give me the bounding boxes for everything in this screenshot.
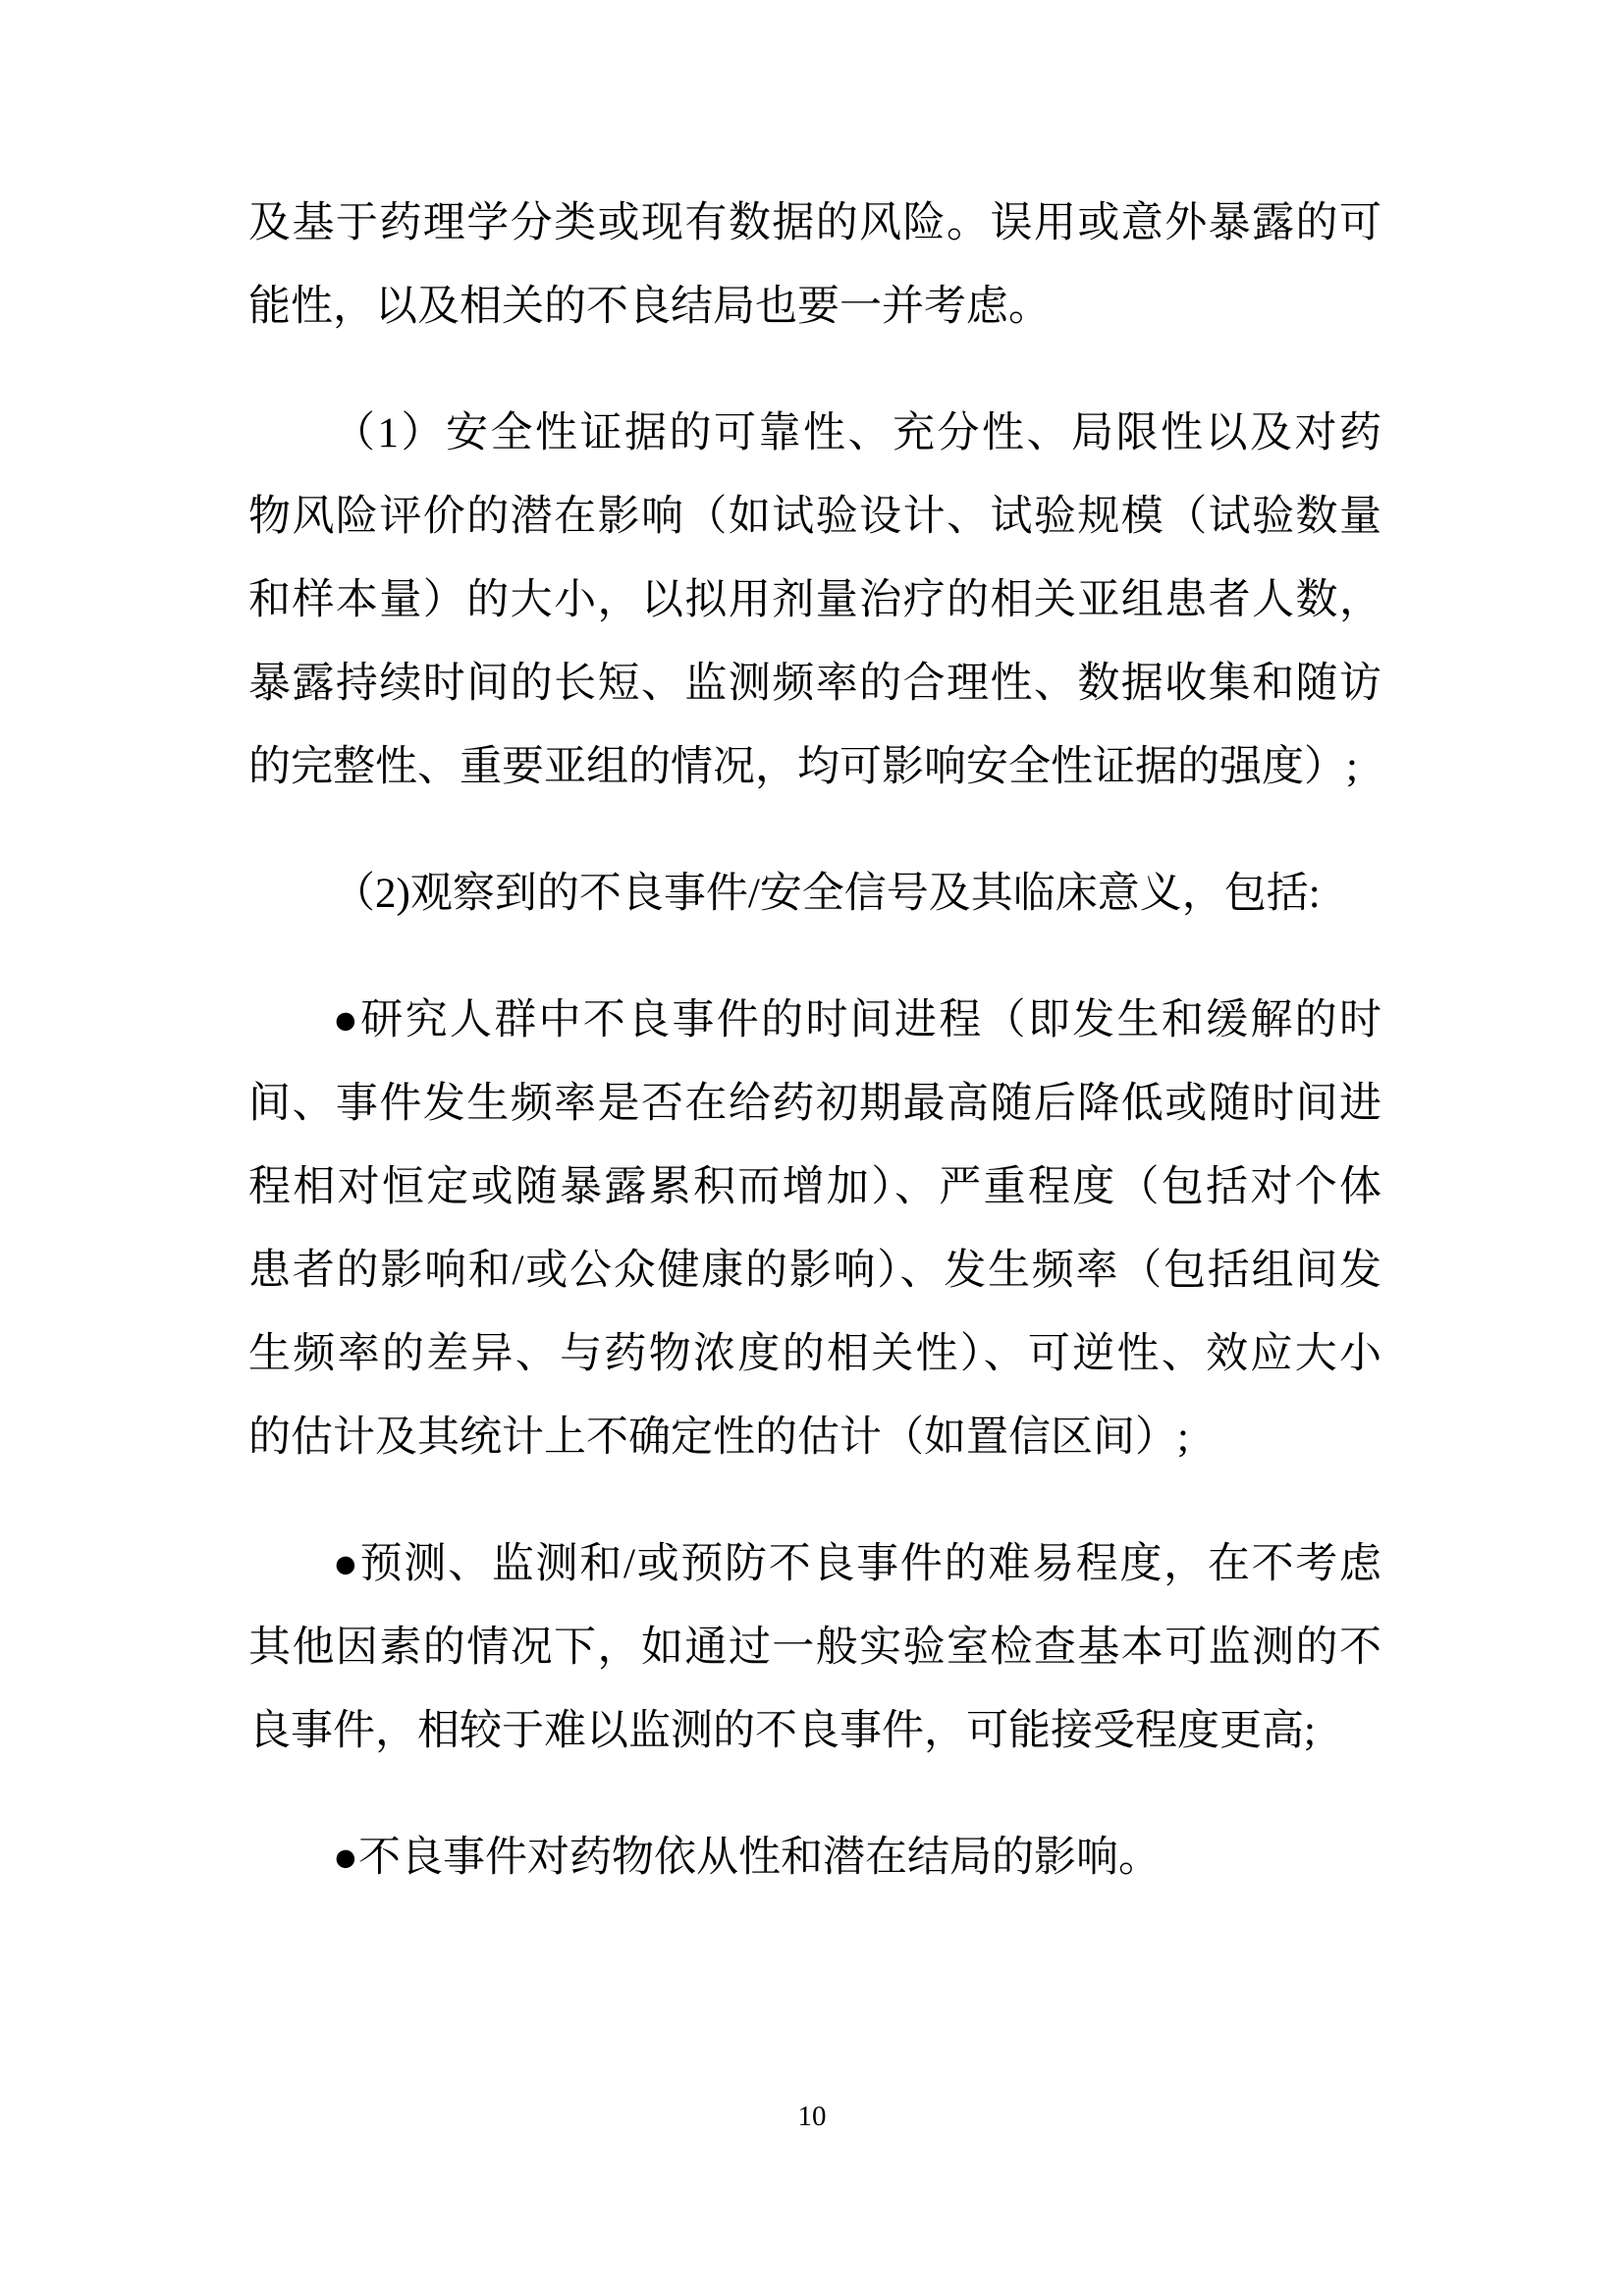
- text-line: 能性，以及相关的不良结局也要一并考虑。: [248, 265, 1381, 348]
- text-line: 的完整性、重要亚组的情况，均可影响安全性证据的强度）;: [248, 725, 1381, 809]
- text-line: 的估计及其统计上不确定性的估计（如置信区间）;: [248, 1396, 1381, 1479]
- text-line: 及基于药理学分类或现有数据的风险。误用或意外暴露的可: [248, 182, 1381, 265]
- text-line: 患者的影响和/或公众健康的影响）、发生频率（包括组间发: [248, 1229, 1381, 1312]
- text-line: 程相对恒定或随暴露累积而增加）、严重程度（包括对个体: [248, 1146, 1381, 1229]
- text-line: 良事件，相较于难以监测的不良事件，可能接受程度更高;: [248, 1689, 1381, 1773]
- text-line: 和样本量）的大小，以拟用剂量治疗的相关亚组患者人数，: [248, 559, 1381, 642]
- document-page: 及基于药理学分类或现有数据的风险。误用或意外暴露的可能性，以及相关的不良结局也要…: [0, 0, 1624, 2296]
- text-line: （2)观察到的不良事件/安全信号及其临床意义，包括:: [248, 852, 1381, 935]
- paragraph: （1）安全性证据的可靠性、充分性、局限性以及对药物风险评价的潜在影响（如试验设计…: [248, 392, 1381, 809]
- document-body: 及基于药理学分类或现有数据的风险。误用或意外暴露的可能性，以及相关的不良结局也要…: [248, 182, 1381, 1899]
- paragraph: ●研究人群中不良事件的时间进程（即发生和缓解的时间、事件发生频率是否在给药初期最…: [248, 979, 1381, 1479]
- text-line: 物风险评价的潜在影响（如试验设计、试验规模（试验数量: [248, 475, 1381, 559]
- paragraph: ●预测、监测和/或预防不良事件的难易程度，在不考虑其他因素的情况下，如通过一般实…: [248, 1522, 1381, 1773]
- text-line: 其他因素的情况下，如通过一般实验室检查基本可监测的不: [248, 1606, 1381, 1689]
- text-line: ●不良事件对药物依从性和潜在结局的影响。: [248, 1816, 1381, 1899]
- text-line: 间、事件发生频率是否在给药初期最高随后降低或随时间进: [248, 1062, 1381, 1146]
- text-line: 生频率的差异、与药物浓度的相关性）、可逆性、效应大小: [248, 1312, 1381, 1396]
- text-line: （1）安全性证据的可靠性、充分性、局限性以及对药: [248, 392, 1381, 475]
- paragraph: 及基于药理学分类或现有数据的风险。误用或意外暴露的可能性，以及相关的不良结局也要…: [248, 182, 1381, 348]
- page-number: 10: [0, 2101, 1624, 2132]
- paragraph: ●不良事件对药物依从性和潜在结局的影响。: [248, 1816, 1381, 1899]
- text-line: ●研究人群中不良事件的时间进程（即发生和缓解的时: [248, 979, 1381, 1062]
- text-line: 暴露持续时间的长短、监测频率的合理性、数据收集和随访: [248, 642, 1381, 725]
- text-line: ●预测、监测和/或预防不良事件的难易程度，在不考虑: [248, 1522, 1381, 1606]
- paragraph: （2)观察到的不良事件/安全信号及其临床意义，包括:: [248, 852, 1381, 935]
